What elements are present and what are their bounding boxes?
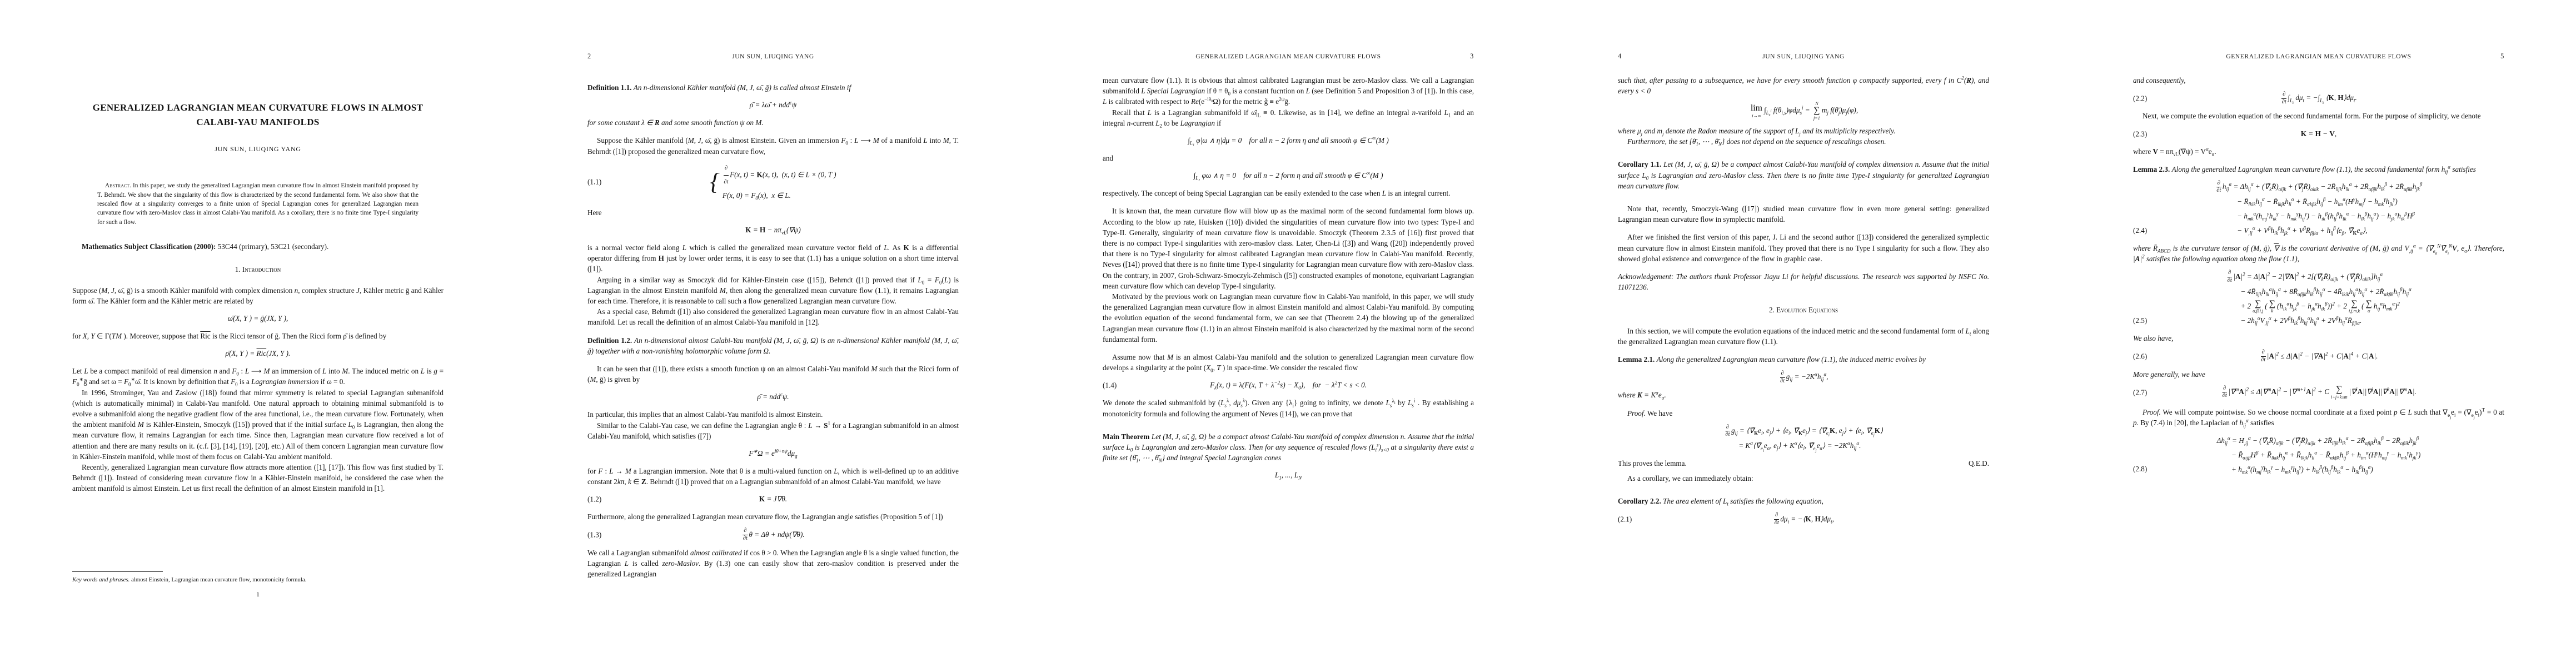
display-equation: ∫L₁ φ|ω ∧ η|dμ = 0 for all n − 2 form η … — [1103, 133, 1474, 148]
equation-line: ∂∂tgij = ⟨∇̄Kei, ej⟩ + ⟨ei, ∇̄Kej⟩ = ⟨∇̄… — [1724, 424, 1883, 439]
display-equation: (1.1){∂∂tF(x, t) = K(x, t), (x, t) ∈ L ×… — [587, 162, 959, 202]
paragraph: After we finished the first version of t… — [1618, 232, 1989, 264]
equation-body: ∂∂t|A|2 ≤ Δ|A|2 − |∇A|2 + C|A|4 + C|A|. — [2260, 349, 2378, 364]
equation-line: = Kα⟨∇̄eieα, ej⟩ + Kα⟨ei, ∇̄ejeα⟩ = −2Kα… — [1724, 439, 1883, 453]
paragraph: Note that, recently, Smoczyk-Wang ([17])… — [1618, 203, 1989, 225]
proof-end-line: This proves the lemma.Q.E.D. — [1618, 458, 1989, 469]
display-equation: limi→∞∫Lsi f(θi,s)φdμsi = N∑j=1mj f(θ̄j)… — [1618, 101, 1989, 121]
equation-line: F∗Ω = eiθ+nψdμg — [749, 446, 797, 461]
equation-line: ∂∂tdμt = −⟨K, H⟩dμt, — [1773, 512, 1834, 527]
equation-line: ∂∂t∫Lt dμt = −∫Lt ⟨K, H⟩dμt. — [2280, 91, 2357, 106]
equation-body: limi→∞∫Lsi f(θi,s)φdμsi = N∑j=1mj f(θ̄j)… — [1749, 101, 1858, 121]
equation-line: ρ̄(X, Y ) = Ric(JX, Y ). — [226, 346, 291, 361]
display-equation: (1.4)Fλ(x, t) = λ(F(x, T + λ−2s) − X0), … — [1103, 378, 1474, 392]
page-content: Definition 1.1. An n-dimensional Kähler … — [587, 75, 959, 579]
equation-number: (2.8) — [2133, 464, 2147, 474]
equation-line: + hmkα(hmjγhikγ − hmkγhijγ) + hikβ(hljβh… — [2217, 462, 2421, 477]
paragraph: where K = Kαeα. — [1618, 390, 1989, 400]
paragraph: Recall that L is a Lagrangian submanifol… — [1103, 107, 1474, 128]
paragraph: It is known that, the mean curvature flo… — [1103, 206, 1474, 291]
equation-number: (1.3) — [587, 530, 601, 540]
page-3: GENERALIZED LAGRANGIAN MEAN CURVATURE FL… — [1030, 0, 1546, 667]
display-equation: (2.7)∂∂t|∇mA|2 ≤ Δ|∇mA|2 − |∇m+1A|2 + C∑… — [2133, 385, 2504, 400]
paragraph: where R̄ABCD is the curvature tensor of … — [2133, 243, 2504, 264]
paragraph: Acknowledgement: The authors thank Profe… — [1618, 271, 1989, 292]
display-equation: ρ̄ = λω̄ + nddcψ — [587, 98, 959, 112]
equation-number: (2.3) — [2133, 128, 2147, 139]
equation-line: ∫L₂ φω ∧ η = 0 for all n − 2 form η and … — [1194, 168, 1383, 183]
section-heading: 2. Evolution Equations — [1618, 305, 1989, 315]
equation-body: ∂∂tgij = ⟨∇̄Kei, ej⟩ + ⟨ei, ∇̄Kej⟩ = ⟨∇̄… — [1724, 424, 1883, 453]
equation-line: K = H − nπνL(∇̄ψ) — [745, 223, 801, 237]
header-title: GENERALIZED LAGRANGIAN MEAN CURVATURE FL… — [1127, 53, 1449, 60]
equation-number: (2.5) — [2133, 315, 2147, 326]
header-page-number-right: 5 — [2480, 52, 2504, 61]
paper-spread: arXiv:1307.7854v1 [math.DG] 30 Jul 2013 … — [0, 0, 2576, 667]
equation-number: (2.6) — [2133, 351, 2147, 362]
display-equation: (1.3)∂∂tθ = Δθ + ndψ(∇θ). — [587, 527, 959, 542]
page-number: 1 — [72, 589, 444, 600]
paragraph: Arguing in a similar way as Smoczyk did … — [587, 275, 959, 307]
paragraph: such that, after passing to a subsequenc… — [1618, 75, 1989, 96]
equation-line: ∂∂t|A|2 ≤ Δ|A|2 − |∇A|2 + C|A|4 + C|A|. — [2260, 349, 2378, 364]
paragraph: for X, Y ∈ Γ(TM ). Moreover, suppose tha… — [72, 331, 444, 341]
page-content: mean curvature flow (1.1). It is obvious… — [1103, 75, 1474, 487]
authors-line: JUN SUN, LIUQING YANG — [72, 144, 444, 155]
equation-line: L1, ..., LN — [1275, 468, 1302, 482]
header-page-number-left: 2 — [587, 52, 612, 61]
header-title: JUN SUN, LIUQING YANG — [612, 53, 934, 60]
display-equation: (2.6)∂∂t|A|2 ≤ Δ|A|2 − |∇A|2 + C|A|4 + C… — [2133, 349, 2504, 364]
paragraph: for some constant λ ∈ R and some smooth … — [587, 117, 959, 128]
display-equation: ∂∂tgij = ⟨∇̄Kei, ej⟩ + ⟨ei, ∇̄Kej⟩ = ⟨∇̄… — [1618, 424, 1989, 453]
paragraph: Corollary 1.1. Let (M, J, ω̄, ḡ, Ω) be a… — [1618, 159, 1989, 191]
equation-body: ∫L₂ φω ∧ η = 0 for all n − 2 form η and … — [1194, 168, 1383, 183]
paragraph: and — [1103, 153, 1474, 163]
paragraph: is a normal vector field along L which i… — [587, 242, 959, 275]
equation-number: (2.1) — [1618, 514, 1632, 525]
equation-body: K = H − V, — [2301, 127, 2336, 141]
paragraph: for F : L → M a Lagrangian immersion. No… — [587, 466, 959, 487]
equation-body: ω̄(X, Y ) = ḡ(JX, Y ), — [228, 311, 288, 326]
display-equation: (2.2)∂∂t∫Lt dμt = −∫Lt ⟨K, H⟩dμt. — [2133, 91, 2504, 106]
display-equation: ∫L₂ φω ∧ η = 0 for all n − 2 form η and … — [1103, 168, 1474, 183]
equation-line: ω̄(X, Y ) = ḡ(JX, Y ), — [228, 311, 288, 326]
paragraph: As a special case, Behrndt ([1]) also co… — [587, 306, 959, 327]
display-equation: F∗Ω = eiθ+nψdμg — [587, 446, 959, 461]
paragraph: Main Theorem Let (M, J, ω̄, ḡ, Ω) be a c… — [1103, 431, 1474, 464]
equation-line: Fλ(x, t) = λ(F(x, T + λ−2s) − X0), for −… — [1210, 378, 1367, 392]
equation-line: limi→∞∫Lsi f(θi,s)φdμsi = N∑j=1mj f(θ̄j)… — [1749, 101, 1858, 121]
equation-line: K = J∇θ. — [759, 492, 787, 506]
paragraph: We denote the scaled submanifold by (Lsλ… — [1103, 397, 1474, 419]
equation-number: (2.2) — [2133, 93, 2147, 103]
page-4: 4 JUN SUN, LIUQING YANG such that, after… — [1546, 0, 2061, 667]
paragraph: Lemma 2.3. Along the generalized Lagrang… — [2133, 164, 2504, 175]
equation-line: ∫L₁ φ|ω ∧ η|dμ = 0 for all n − 2 form η … — [1188, 133, 1388, 148]
equation-body: ∫L₁ φ|ω ∧ η|dμ = 0 for all n − 2 form η … — [1188, 133, 1388, 148]
equation-line: − 2hijαV,ijα + 2Vβhikβhkjαhijα + 2Vβhijα… — [2226, 313, 2411, 328]
running-header: GENERALIZED LAGRANGIAN MEAN CURVATURE FL… — [2133, 52, 2504, 61]
display-equation: ρ̄(X, Y ) = Ric(JX, Y ). — [72, 346, 444, 361]
paragraph: Lemma 2.1. Along the generalized Lagrang… — [1618, 354, 1989, 365]
running-header: GENERALIZED LAGRANGIAN MEAN CURVATURE FL… — [1103, 52, 1474, 61]
section-heading: 1. Introduction — [72, 264, 444, 275]
equation-body: ρ̄(X, Y ) = Ric(JX, Y ). — [226, 346, 291, 361]
paragraph: More generally, we have — [2133, 369, 2504, 380]
paragraph: In this section, we will compute the evo… — [1618, 326, 1989, 347]
equation-line: − R̄αijβHβ + R̄lkikhljα + R̄lkjkhliα − R… — [2217, 448, 2421, 462]
equation-body: ∂∂thijα = Δhijα + (∇̄kR̄)αijk + (∇̄jR̄)α… — [2215, 180, 2423, 238]
paragraph: Definition 1.2. An n-dimensional almost … — [587, 335, 959, 356]
paragraph: Proof. We will compute pointwise. So we … — [2133, 407, 2504, 428]
equation-line: + 2∑α,β,i,j(∑k(hikαhjkβ − hjkαhikβ))2 + … — [2226, 299, 2411, 314]
display-equation: K = H − nπνL(∇̄ψ) — [587, 223, 959, 237]
equation-line: − R̄lkikhljα − R̄lkjkhliα + R̄αkβkhijβ −… — [2215, 195, 2423, 209]
paragraph: Similar to the Calabi-Yau case, we can d… — [587, 420, 959, 441]
equation-line: ∂∂tθ = Δθ + ndψ(∇θ). — [741, 527, 804, 542]
paragraph: As a corollary, we can immediately obtai… — [1618, 473, 1989, 484]
header-title: GENERALIZED LAGRANGIAN MEAN CURVATURE FL… — [2158, 53, 2480, 60]
equation-line: − hmkα(hmjγhikγ − hmkγhijγ) − hikβ(hljβh… — [2215, 209, 2423, 223]
paragraph: and consequently, — [2133, 75, 2504, 86]
equation-line: ∂∂t|A|2 = Δ|A|2 − 2|∇A|2 + 2[(∇̄kR̄)αijk… — [2226, 270, 2411, 285]
paragraph: mean curvature flow (1.1). It is obvious… — [1103, 75, 1474, 107]
running-header: 2 JUN SUN, LIUQING YANG — [587, 52, 959, 61]
page-content: and consequently,(2.2)∂∂t∫Lt dμt = −∫Lt … — [2133, 75, 2504, 482]
paper-abstract: Abstract. In this paper, we study the ge… — [97, 181, 418, 227]
display-equation: ω̄(X, Y ) = ḡ(JX, Y ), — [72, 311, 444, 326]
display-equation: (2.3)K = H − V, — [2133, 127, 2504, 141]
page-5: GENERALIZED LAGRANGIAN MEAN CURVATURE FL… — [2061, 0, 2576, 667]
page-1: GENERALIZED LAGRANGIAN MEAN CURVATURE FL… — [0, 0, 515, 667]
paragraph: We also have, — [2133, 333, 2504, 344]
equation-body: K = J∇θ. — [759, 492, 787, 506]
equation-body: Fλ(x, t) = λ(F(x, T + λ−2s) − X0), for −… — [1210, 378, 1367, 392]
equation-number: (1.1) — [587, 177, 601, 187]
paragraph: Definition 1.1. An n-dimensional Kähler … — [587, 82, 959, 93]
msc-line: Mathematics Subject Classification (2000… — [72, 241, 444, 252]
equation-body: ρ̄ = λω̄ + nddcψ — [750, 98, 796, 112]
equation-body: L1, ..., LN — [1275, 468, 1302, 482]
equation-body: Δhijα = H,ijα − (∇̄kR̄)αijk − (∇̄jR̄)αij… — [2217, 434, 2421, 477]
keywords-footnote: Key words and phrases. almost Einstein, … — [72, 571, 444, 584]
paragraph: where μj and mj denote the Radon measure… — [1618, 126, 1989, 136]
display-equation: (2.5)∂∂t|A|2 = Δ|A|2 − 2|∇A|2 + 2[(∇̄kR̄… — [2133, 270, 2504, 328]
display-equation: ∂∂tgij = −2Kαhijα, — [1618, 370, 1989, 385]
equation-line: − 4R̄lijkhlkαhijα + 8R̄αβjkhikβhijα − 4R… — [2226, 285, 2411, 299]
equation-body: ∂∂t|A|2 = Δ|A|2 − 2|∇A|2 + 2[(∇̄kR̄)αijk… — [2226, 270, 2411, 328]
equation-body: ∂∂tθ = Δθ + ndψ(∇θ). — [741, 527, 804, 542]
equation-line: K = H − V, — [2301, 127, 2336, 141]
paragraph: Corollary 2.2. The area element of Lt sa… — [1618, 496, 1989, 506]
equation-number: (2.4) — [2133, 225, 2147, 236]
page-content: such that, after passing to a subsequenc… — [1618, 75, 1989, 532]
display-equation: (1.2)K = J∇θ. — [587, 492, 959, 506]
equation-number: (1.2) — [587, 494, 601, 505]
equation-number: (2.7) — [2133, 387, 2147, 397]
equation-body: ∂∂t|∇mA|2 ≤ Δ|∇mA|2 − |∇m+1A|2 + C∑i+j+k… — [2221, 385, 2416, 400]
equation-line: {∂∂tF(x, t) = K(x, t), (x, t) ∈ L × (0, … — [710, 162, 836, 202]
paragraph: We call a Lagrangian submanifold almost … — [587, 547, 959, 580]
paragraph: In 1996, Strominger, Yau and Zaslow ([18… — [72, 387, 444, 462]
equation-body: {∂∂tF(x, t) = K(x, t), (x, t) ∈ L × (0, … — [710, 162, 836, 202]
paragraph: Motivated by the previous work on Lagran… — [1103, 291, 1474, 345]
display-equation: ρ̄ = nddcψ. — [587, 390, 959, 404]
running-header: 4 JUN SUN, LIUQING YANG — [1618, 52, 1989, 61]
equation-body: K = H − nπνL(∇̄ψ) — [745, 223, 801, 237]
equation-line: ρ̄ = nddcψ. — [757, 390, 789, 404]
paragraph: Next, we compute the evolution equation … — [2133, 111, 2504, 121]
equation-body: F∗Ω = eiθ+nψdμg — [749, 446, 797, 461]
equation-line: ∂∂t|∇mA|2 ≤ Δ|∇mA|2 − |∇m+1A|2 + C∑i+j+k… — [2221, 385, 2416, 400]
display-equation: (2.1)∂∂tdμt = −⟨K, H⟩dμt, — [1618, 512, 1989, 527]
display-equation: L1, ..., LN — [1103, 468, 1474, 482]
equation-body: ∂∂tdμt = −⟨K, H⟩dμt, — [1773, 512, 1834, 527]
equation-line: ρ̄ = λω̄ + nddcψ — [750, 98, 796, 112]
header-page-number-right: 3 — [1449, 52, 1474, 61]
equation-line: ∂∂tgij = −2Kαhijα, — [1779, 370, 1828, 385]
paragraph: Recently, generalized Lagrangian mean cu… — [72, 462, 444, 494]
equation-line: Δhijα = H,ijα − (∇̄kR̄)αijk − (∇̄jR̄)αij… — [2217, 434, 2421, 448]
paragraph: Here — [587, 207, 959, 218]
equation-body: ∂∂tgij = −2Kαhijα, — [1779, 370, 1828, 385]
paragraph: respectively. The concept of being Speci… — [1103, 188, 1474, 198]
equation-body: ∂∂t∫Lt dμt = −∫Lt ⟨K, H⟩dμt. — [2280, 91, 2357, 106]
paragraph: Let L be a compact manifold of real dime… — [72, 366, 444, 387]
header-title: JUN SUN, LIUQING YANG — [1642, 53, 1965, 60]
paragraph: Furthermore, the set {θ̄1, ⋯ , θ̄N} does… — [1618, 136, 1989, 147]
page-2: 2 JUN SUN, LIUQING YANG Definition 1.1. … — [515, 0, 1030, 667]
page-content: GENERALIZED LAGRANGIAN MEAN CURVATURE FL… — [72, 75, 444, 494]
equation-line: − V,ijα + Vβhikβhjkα + VβR̄βjiα + hijβ⟨e… — [2215, 223, 2423, 238]
proof-end-text: This proves the lemma. — [1618, 458, 1687, 469]
qed-label: Q.E.D. — [1969, 458, 1989, 469]
paragraph: It can be seen that ([1]), there exists … — [587, 364, 959, 385]
paragraph: Suppose (M, J, ω̄, ḡ) is a smooth Kähler… — [72, 285, 444, 306]
paragraph: Assume now that M is an almost Calabi-Ya… — [1103, 352, 1474, 373]
paragraph: where V = nπνL(∇̄ψ) = Vαeα. — [2133, 146, 2504, 157]
equation-number: (1.4) — [1103, 380, 1117, 391]
paragraph: In particular, this implies that an almo… — [587, 409, 959, 420]
display-equation: (2.8)Δhijα = H,ijα − (∇̄kR̄)αijk − (∇̄jR… — [2133, 434, 2504, 477]
paragraph: Suppose the Kähler manifold (M, J, ω̄, ḡ… — [587, 135, 959, 156]
paper-title: GENERALIZED LAGRANGIAN MEAN CURVATURE FL… — [72, 101, 444, 130]
display-equation: (2.4)∂∂thijα = Δhijα + (∇̄kR̄)αijk + (∇̄… — [2133, 180, 2504, 238]
paragraph: Furthermore, along the generalized Lagra… — [587, 511, 959, 522]
paragraph: Proof. We have — [1618, 408, 1989, 419]
header-page-number-left: 4 — [1618, 52, 1642, 61]
equation-line: ∂∂thijα = Δhijα + (∇̄kR̄)αijk + (∇̄jR̄)α… — [2215, 180, 2423, 195]
equation-body: ρ̄ = nddcψ. — [757, 390, 789, 404]
